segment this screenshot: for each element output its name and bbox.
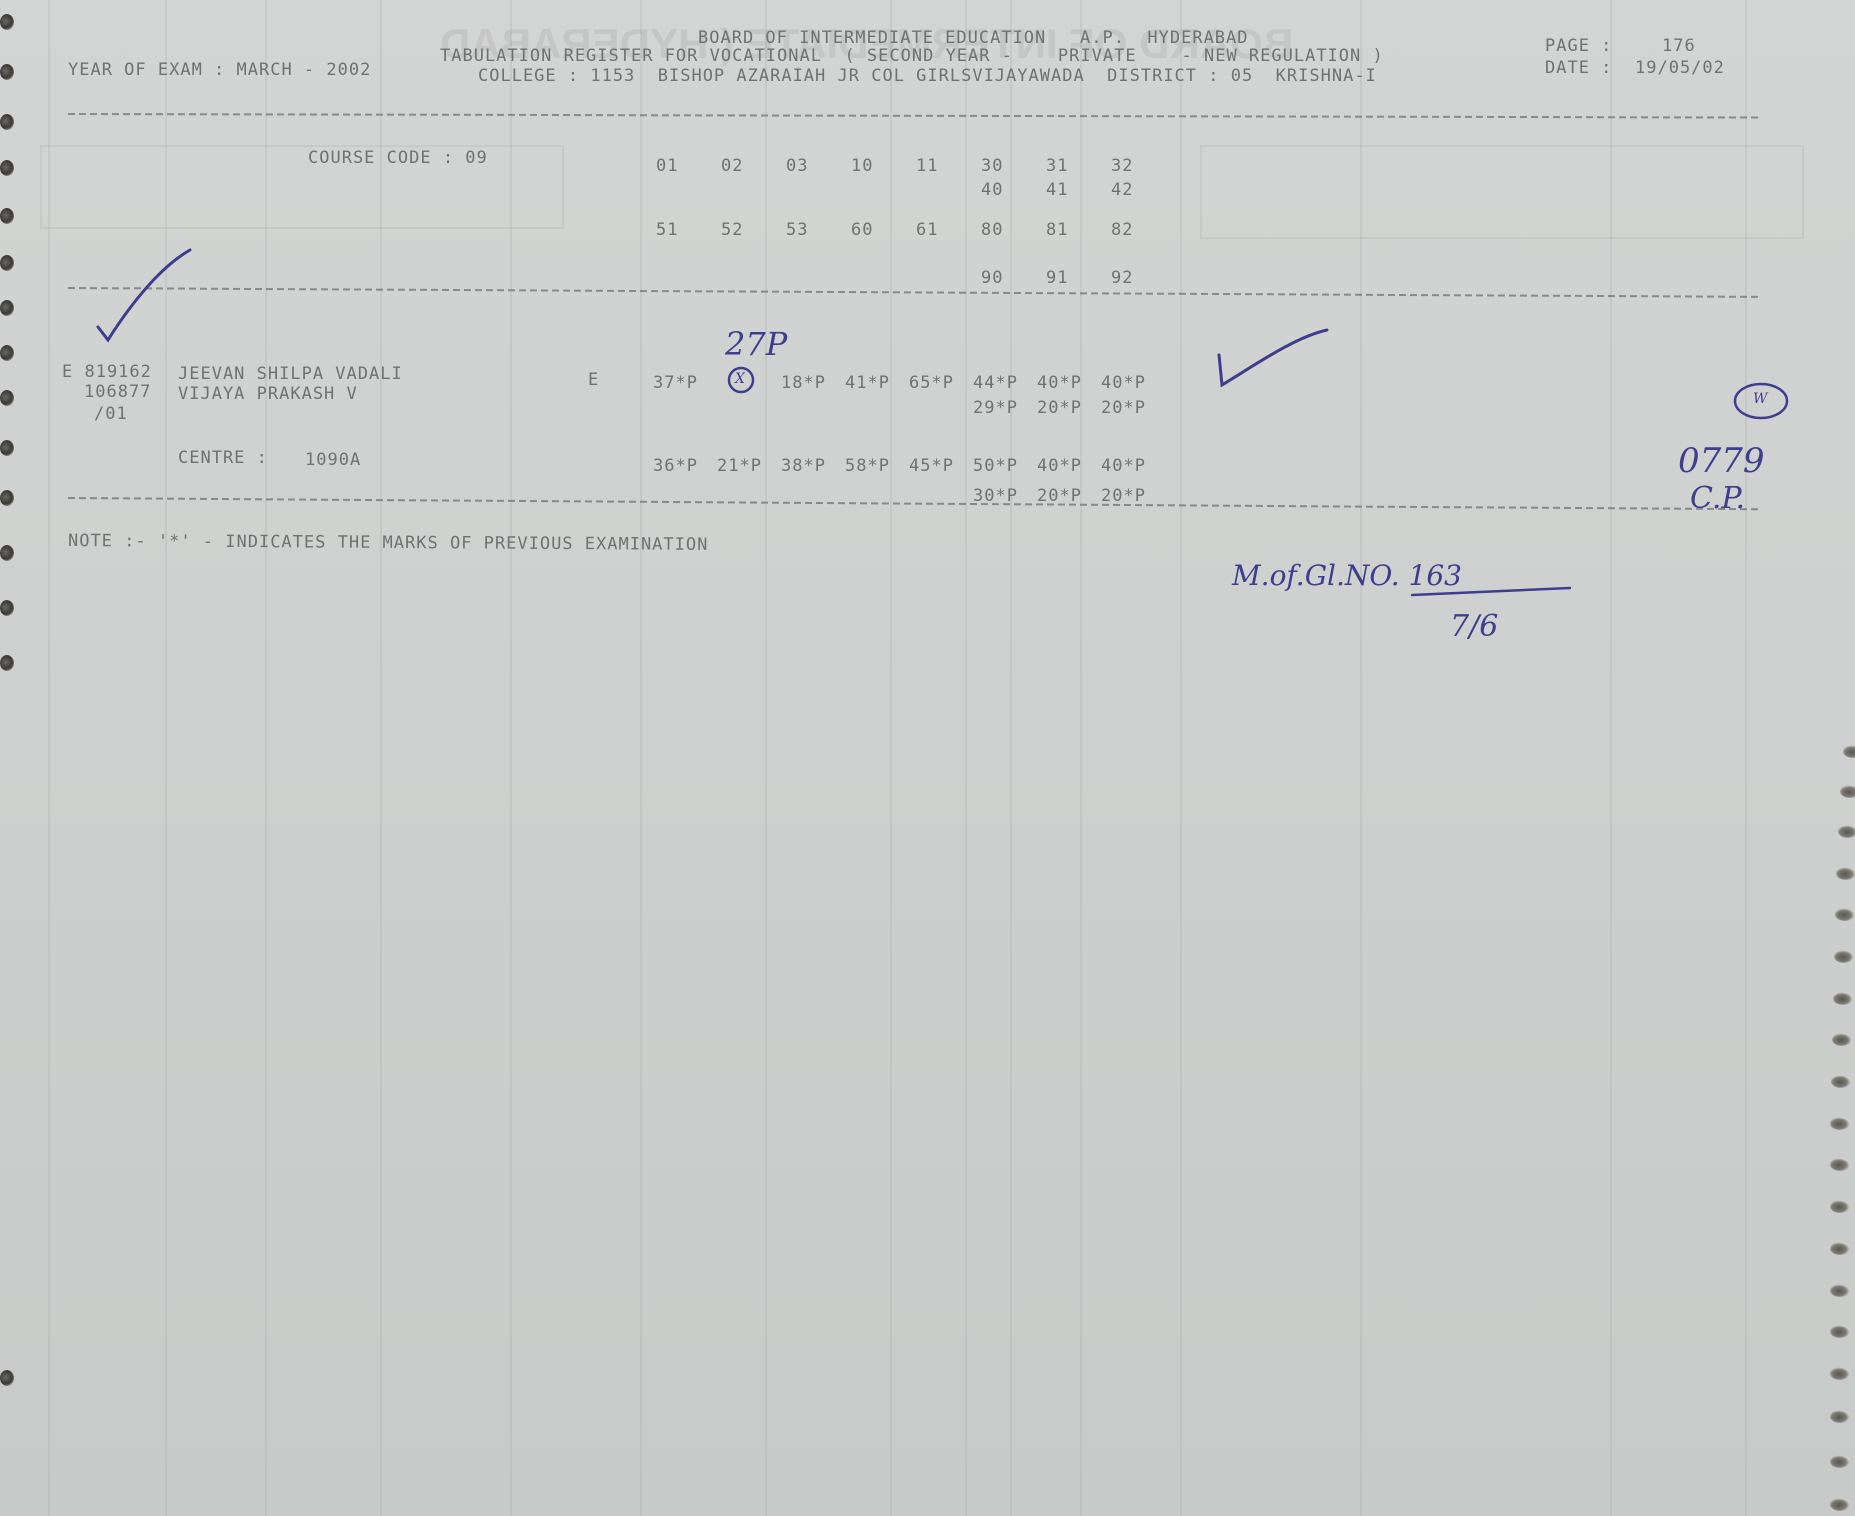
subject-code: 53 [786, 222, 851, 239]
register-sheet: BOARD OF INTERMEDIATE ( HYDERABAD BOARD … [0, 0, 1855, 1516]
note: NOTE :- '*' - INDICATES THE MARKS OF PRE… [68, 533, 708, 554]
feed-hole-icon [0, 345, 14, 361]
feed-hole-icon [0, 600, 14, 616]
mark-cell: 36*P [653, 458, 717, 475]
father-name: VIJAYA PRAKASH V [178, 386, 358, 403]
subject-codes-row3: 51 52 53 60 61 80 81 82 [656, 222, 1176, 239]
feed-hole-icon [1834, 950, 1854, 963]
feed-hole-icon [0, 208, 14, 224]
feed-hole-icon [1836, 867, 1855, 880]
feed-hole-icon [1830, 1242, 1850, 1255]
divider [68, 497, 1758, 510]
subject-code: 92 [1111, 270, 1176, 287]
circled-mark: X [735, 372, 745, 386]
feed-hole-icon [1830, 1158, 1850, 1171]
feed-hole-icon [0, 1370, 14, 1386]
serial-number: 0779 [1678, 444, 1765, 478]
subject-code: 01 [656, 158, 721, 175]
course-code: COURSE CODE : 09 [308, 150, 488, 167]
medium-code: E [588, 372, 599, 389]
feed-hole-icon [0, 300, 14, 316]
subject-code: 91 [1046, 270, 1111, 287]
ruling-line [1180, 0, 1182, 1516]
mark-cell: 44*P [973, 375, 1037, 392]
feed-hole-icon [0, 655, 14, 671]
feed-hole-icon [0, 114, 14, 130]
feed-hole-icon [0, 440, 14, 456]
mark-cell: 18*P [781, 375, 845, 392]
page-label: PAGE : [1545, 38, 1612, 55]
subject-code: 81 [1046, 222, 1111, 239]
candidate-name: JEEVAN SHILPA VADALI [178, 366, 403, 383]
mark-cell: 20*P [1037, 400, 1101, 417]
subject-code: 40 [981, 182, 1046, 199]
candidate-reg-no2: 106877 [84, 384, 151, 401]
divider [68, 113, 1758, 119]
checkmark-icon [90, 245, 200, 345]
subject-code: 61 [916, 222, 981, 239]
divider [68, 287, 1758, 298]
memo-date: 7/6 [1450, 612, 1498, 642]
subject-code: 52 [721, 222, 786, 239]
feed-hole-icon [0, 64, 14, 80]
feed-hole-icon [0, 160, 14, 176]
subject-code: 11 [916, 158, 981, 175]
feed-hole-icon [1843, 745, 1855, 758]
mark-cell: 50*P [973, 458, 1037, 475]
year-of-exam: YEAR OF EXAM : MARCH - 2002 [68, 62, 371, 79]
mark-cell: 20*P [1037, 488, 1101, 505]
subject-code: 90 [981, 270, 1046, 287]
ruling-line [640, 0, 642, 1516]
mark-cell: 38*P [781, 458, 845, 475]
feed-hole-icon [1830, 1325, 1850, 1338]
centre-label: CENTRE : [178, 450, 268, 467]
feed-hole-icon [0, 255, 14, 271]
subject-codes-row4: 90 91 92 [981, 270, 1176, 287]
subject-code: 32 [1111, 158, 1176, 175]
mark-cell: 65*P [909, 375, 973, 392]
mark-cell: 41*P [845, 375, 909, 392]
centre-value: 1090A [305, 452, 361, 469]
feed-hole-icon [0, 390, 14, 406]
feed-hole-icon [1830, 1200, 1850, 1213]
subject-code: 82 [1111, 222, 1176, 239]
mark-cell: 58*P [845, 458, 909, 475]
date-value: 19/05/02 [1635, 60, 1725, 77]
feed-hole-icon [1833, 992, 1853, 1005]
college-line: COLLEGE : 1153 BISHOP AZARAIAH JR COL GI… [478, 68, 1377, 85]
feed-hole-icon [1840, 785, 1855, 798]
ghost-box [1200, 145, 1804, 239]
mark-cell: 29*P [973, 400, 1037, 417]
feed-hole-icon [1832, 1033, 1852, 1046]
feed-hole-icon [1835, 908, 1855, 921]
board-title: BOARD OF INTERMEDIATE EDUCATION A.P. HYD… [698, 30, 1249, 47]
mark-cell: 37*P [653, 375, 717, 392]
subject-codes-row1: 01 02 03 10 11 30 31 32 [656, 158, 1176, 175]
feed-hole-icon [1830, 1367, 1850, 1380]
candidate-reg-no3: /01 [94, 406, 128, 423]
feed-hole-icon [1830, 1498, 1850, 1511]
feed-hole-icon [0, 545, 14, 561]
feed-hole-icon [1831, 1075, 1851, 1088]
subject-code: 31 [1046, 158, 1111, 175]
page-number: 176 [1662, 38, 1696, 55]
fraction-line [1410, 585, 1575, 597]
subject-code: 02 [721, 158, 786, 175]
mark-cell: 40*P [1101, 458, 1165, 475]
feed-hole-icon [1830, 1284, 1850, 1297]
feed-hole-icon [1830, 1117, 1850, 1130]
mark-cell: 40*P [1037, 458, 1101, 475]
mark-cell: 20*P [1101, 400, 1165, 417]
subject-code: 80 [981, 222, 1046, 239]
subject-codes-row2: 40 41 42 [981, 182, 1176, 199]
subject-code: 03 [786, 158, 851, 175]
initials: C.P. [1690, 484, 1745, 514]
mark-cell: 40*P [1037, 375, 1101, 392]
mark-cell: 20*P [1101, 488, 1165, 505]
circled-letter: W [1753, 392, 1767, 406]
marks-row2: 29*P 20*P 20*P [973, 400, 1165, 417]
mark-cell: 21*P [717, 458, 781, 475]
subject-code: 10 [851, 158, 916, 175]
mark-cell: 40*P [1101, 375, 1165, 392]
date-label: DATE : [1545, 60, 1612, 77]
subject-code: 51 [656, 222, 721, 239]
subject-code: 41 [1046, 182, 1111, 199]
feed-hole-icon [1838, 825, 1855, 838]
feed-hole-icon [1830, 1455, 1850, 1468]
candidate-reg-no: E 819162 [62, 364, 152, 381]
marks-row3: 36*P 21*P 38*P 58*P 45*P 50*P 40*P 40*P [653, 458, 1165, 475]
feed-hole-icon [0, 490, 14, 506]
subject-code: 60 [851, 222, 916, 239]
correction-value: 27P [725, 328, 787, 360]
subject-code: 30 [981, 158, 1046, 175]
feed-hole-icon [1830, 1410, 1850, 1423]
mark-cell: 45*P [909, 458, 973, 475]
feed-hole-icon [0, 14, 14, 30]
register-title: TABULATION REGISTER FOR VOCATIONAL ( SEC… [440, 48, 1384, 65]
subject-code: 42 [1111, 182, 1176, 199]
checkmark-icon [1215, 325, 1335, 405]
